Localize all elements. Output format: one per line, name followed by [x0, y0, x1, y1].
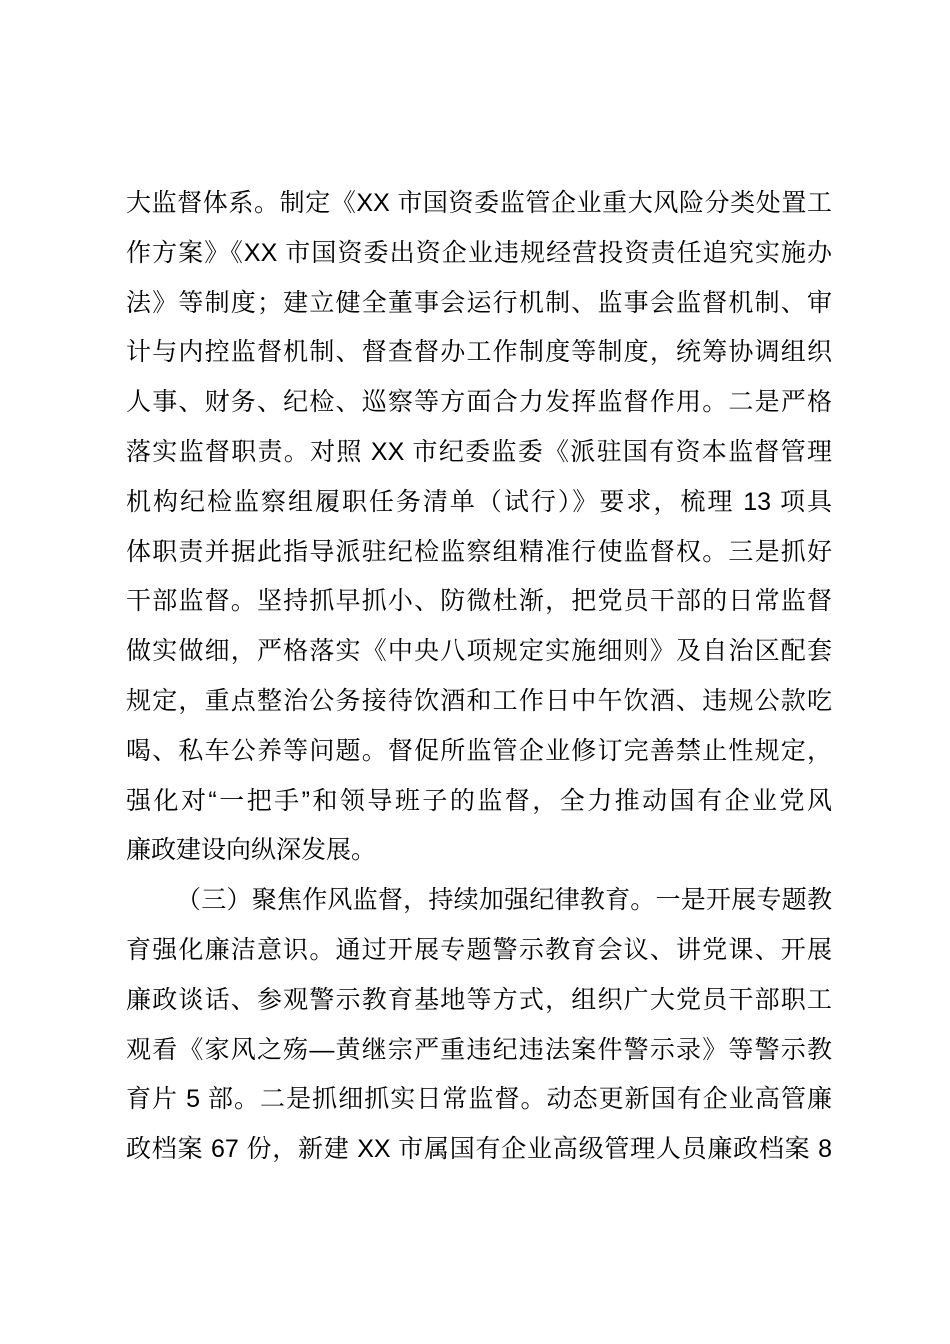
text-line: 强化对“一把手”和领导班子的监督，全力推动国有企业党风: [126, 777, 832, 827]
text-line: 人事、财务、纪检、巡察等方面合力发挥监督作用。二是严格: [126, 378, 832, 428]
paragraph: （三）聚焦作风监督，持续加强纪律教育。一是开展专题教育强化廉洁意识。通过开展专题…: [126, 876, 832, 1175]
text-line: 规定，重点整治公务接待饮酒和工作日中午饮酒、违规公款吃: [126, 677, 832, 727]
text-line: 做实做细，严格落实《中央八项规定实施细则》及自治区配套: [126, 627, 832, 677]
text-line: 育片 5 部。二是抓细抓实日常监督。动态更新国有企业高管廉: [126, 1075, 832, 1125]
text-line: 落实监督职责。对照 XX 市纪委监委《派驻国有资本监督管理: [126, 428, 832, 478]
text-line: 机构纪检监察组履职任务清单（试行）》要求，梳理 13 项具: [126, 478, 832, 528]
text-line: 政档案 67 份，新建 XX 市属国有企业高级管理人员廉政档案 8: [126, 1125, 832, 1175]
document-page: 大监督体系。制定《XX 市国资委监管企业重大风险分类处置工作方案》《XX 市国资…: [0, 0, 950, 1344]
paragraph: 大监督体系。制定《XX 市国资委监管企业重大风险分类处置工作方案》《XX 市国资…: [126, 179, 832, 876]
text-line: 观看《家风之殇—黄继宗严重违纪违法案件警示录》等警示教: [126, 1026, 832, 1076]
text-line: 喝、私车公养等问题。督促所监管企业修订完善禁止性规定，: [126, 727, 832, 777]
text-line: 大监督体系。制定《XX 市国资委监管企业重大风险分类处置工: [126, 179, 832, 229]
text-line: （三）聚焦作风监督，持续加强纪律教育。一是开展专题教: [126, 876, 832, 926]
text-line: 体职责并据此指导派驻纪检监察组精准行使监督权。三是抓好: [126, 528, 832, 578]
text-line: 作方案》《XX 市国资委出资企业违规经营投资责任追究实施办: [126, 229, 832, 279]
text-line: 干部监督。坚持抓早抓小、防微杜渐，把党员干部的日常监督: [126, 577, 832, 627]
text-line: 廉政建设向纵深发展。: [126, 826, 832, 876]
text-line: 育强化廉洁意识。通过开展专题警示教育会议、讲党课、开展: [126, 926, 832, 976]
text-line: 廉政谈话、参观警示教育基地等方式，组织广大党员干部职工: [126, 976, 832, 1026]
text-line: 计与内控监督机制、督查督办工作制度等制度，统筹协调组织: [126, 328, 832, 378]
document-text: 大监督体系。制定《XX 市国资委监管企业重大风险分类处置工作方案》《XX 市国资…: [126, 179, 832, 1175]
text-line: 法》等制度；建立健全董事会运行机制、监事会监督机制、审: [126, 279, 832, 329]
